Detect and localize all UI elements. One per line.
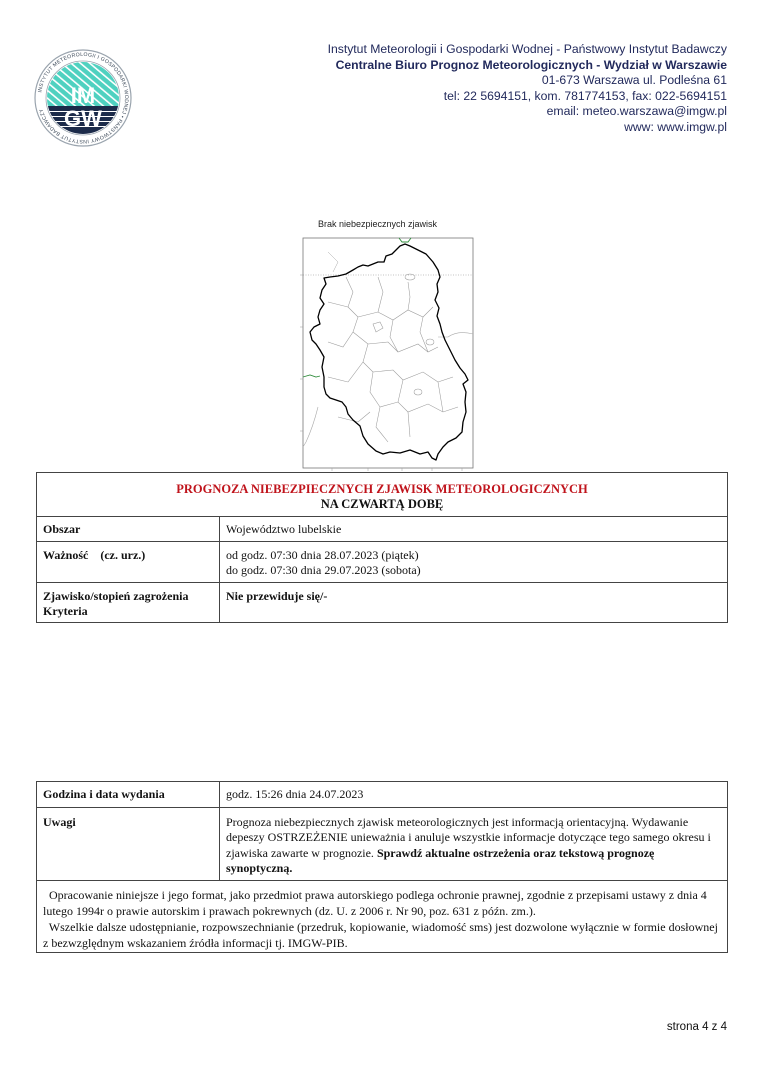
table-row-phenomenon: Zjawisko/stopień zagrożenia Kryteria Nie… bbox=[37, 583, 728, 623]
imgw-logo-icon: IM GW INSTYTUT METEOROLOGII I GOSPODARKI… bbox=[33, 48, 133, 148]
phenomenon-label-line1: Zjawisko/stopień zagrożenia bbox=[43, 589, 213, 604]
validity-to: do godz. 07:30 dnia 29.07.2023 (sobota) bbox=[226, 563, 721, 578]
region-map bbox=[298, 232, 480, 474]
copyright-paragraph-2: Wszelkie dalsze udostępnianie, rozpowsze… bbox=[43, 920, 718, 950]
phenomenon-label: Zjawisko/stopień zagrożenia Kryteria bbox=[37, 583, 220, 623]
imgw-logo: IM GW INSTYTUT METEOROLOGII I GOSPODARKI… bbox=[33, 48, 133, 148]
svg-text:IM: IM bbox=[71, 83, 95, 108]
issue-date-value: godz. 15:26 dnia 24.07.2023 bbox=[220, 782, 728, 808]
phone-fax: tel: 22 5694151, kom. 781774153, fax: 02… bbox=[328, 89, 727, 105]
validity-value: od godz. 07:30 dnia 28.07.2023 (piątek) … bbox=[220, 542, 728, 583]
table-row-validity: Ważność (cz. urz.) od godz. 07:30 dnia 2… bbox=[37, 542, 728, 583]
table-row-remarks: Uwagi Prognoza niebezpiecznych zjawisk m… bbox=[37, 808, 728, 881]
copyright-notice: Opracowanie niniejsze i jego format, jak… bbox=[37, 881, 728, 953]
area-value: Województwo lubelskie bbox=[220, 517, 728, 542]
email: email: meteo.warszawa@imgw.pl bbox=[328, 104, 727, 120]
table-row-copyright: Opracowanie niniejsze i jego format, jak… bbox=[37, 881, 728, 953]
map-title: Brak niebezpiecznych zjawisk bbox=[318, 219, 437, 229]
phenomenon-label-line2: Kryteria bbox=[43, 604, 213, 619]
table-row-area: Obszar Województwo lubelskie bbox=[37, 517, 728, 542]
copyright-paragraph-1: Opracowanie niniejsze i jego format, jak… bbox=[43, 888, 707, 918]
address: 01-673 Warszawa ul. Podleśna 61 bbox=[328, 73, 727, 89]
remarks-label: Uwagi bbox=[37, 808, 220, 881]
validity-label: Ważność (cz. urz.) bbox=[37, 542, 220, 583]
office-name: Centralne Biuro Prognoz Meteorologicznyc… bbox=[328, 58, 727, 74]
issue-date-label: Godzina i data wydania bbox=[37, 782, 220, 808]
svg-text:GW: GW bbox=[64, 106, 102, 131]
issue-table: Godzina i data wydania godz. 15:26 dnia … bbox=[36, 781, 728, 953]
page-number: strona 4 z 4 bbox=[667, 1021, 727, 1033]
phenomenon-value: Nie przewiduje się/- bbox=[220, 583, 728, 623]
website: www: www.imgw.pl bbox=[328, 120, 727, 136]
lubelskie-map-image bbox=[298, 232, 480, 474]
forecast-title-cell: PROGNOZA NIEBEZPIECZNYCH ZJAWISK METEORO… bbox=[37, 473, 728, 517]
forecast-title: PROGNOZA NIEBEZPIECZNYCH ZJAWISK METEORO… bbox=[43, 482, 721, 497]
institute-name: Instytut Meteorologii i Gospodarki Wodne… bbox=[328, 42, 727, 58]
forecast-table: PROGNOZA NIEBEZPIECZNYCH ZJAWISK METEORO… bbox=[36, 472, 728, 623]
validity-from: od godz. 07:30 dnia 28.07.2023 (piątek) bbox=[226, 548, 721, 563]
forecast-subtitle: NA CZWARTĄ DOBĘ bbox=[43, 497, 721, 512]
institute-header: Instytut Meteorologii i Gospodarki Wodne… bbox=[328, 42, 727, 136]
area-label: Obszar bbox=[37, 517, 220, 542]
remarks-value: Prognoza niebezpiecznych zjawisk meteoro… bbox=[220, 808, 728, 881]
table-row-issue-date: Godzina i data wydania godz. 15:26 dnia … bbox=[37, 782, 728, 808]
